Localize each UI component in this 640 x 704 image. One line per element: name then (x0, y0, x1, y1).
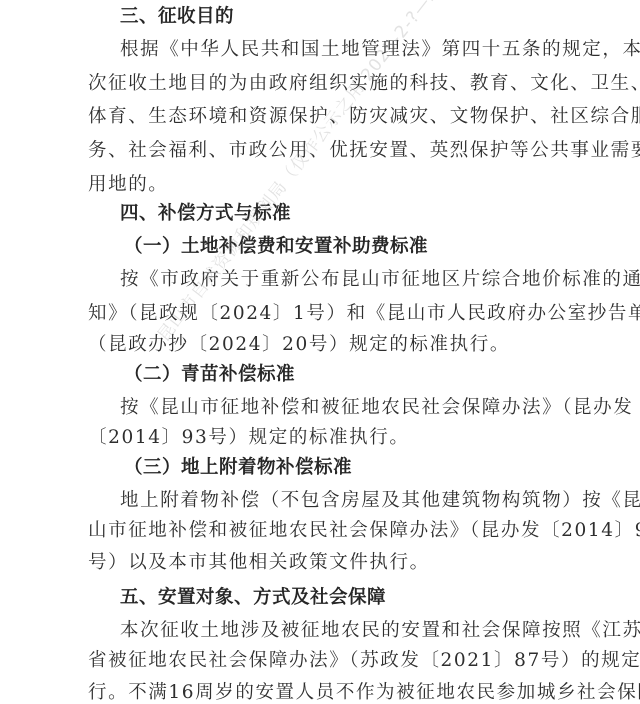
subsection-heading-1: （一）土地补偿费和安置补助费标准 (124, 235, 604, 259)
paragraph-line: 根据《中华人民共和国土地管理法》第四十五条的规定，本 (120, 38, 568, 62)
paragraph-line: 用地的。 (88, 173, 568, 197)
paragraph-line: 地上附着物补偿（不包含房屋及其他建筑物构筑物）按《昆 (120, 489, 568, 513)
paragraph-line: （昆政办抄〔2024〕20号）规定的标准执行。 (88, 333, 568, 357)
paragraph-line: 省被征地农民社会保障办法》（苏政发〔2021〕87号）的规定执 (88, 649, 568, 673)
subsection-heading-3: （三）地上附着物补偿标准 (124, 456, 604, 480)
paragraph-line: 次征收土地目的为由政府组织实施的科技、教育、文化、卫生、 (88, 72, 568, 96)
document-page: 三、征收目的 根据《中华人民共和国土地管理法》第四十五条的规定，本 次征收土地目… (0, 0, 640, 704)
section-heading-5: 五、安置对象、方式及社会保障 (120, 586, 568, 610)
paragraph-line: 本次征收土地涉及被征地农民的安置和社会保障按照《江苏 (120, 619, 568, 643)
subsection-heading-2: （二）青苗补偿标准 (124, 363, 604, 387)
paragraph-line: 号）以及本市其他相关政策文件执行。 (88, 551, 568, 575)
paragraph-line: 务、社会福利、市政公用、优抚安置、英烈保护等公共事业需要 (88, 139, 568, 163)
section-heading-3: 三、征收目的 (120, 5, 568, 29)
paragraph-line: 体育、生态环境和资源保护、防灾减灾、文物保护、社区综合服 (88, 105, 568, 129)
paragraph-line: 行。不满16周岁的安置人员不作为被征地农民参加城乡社会保障， (88, 681, 568, 704)
section-heading-4: 四、补偿方式与标准 (120, 202, 568, 226)
paragraph-line: 按《市政府关于重新公布昆山市征地区片综合地价标准的通 (120, 268, 568, 292)
paragraph-line: 〔2014〕93号）规定的标准执行。 (88, 426, 568, 450)
paragraph-line: 山市征地补偿和被征地农民社会保障办法》（昆办发〔2014〕93 (88, 519, 568, 543)
paragraph-line: 知》（昆政规〔2024〕1号）和《昆山市人民政府办公室抄告单》 (88, 302, 568, 326)
paragraph-line: 按《昆山市征地补偿和被征地农民社会保障办法》（昆办发 (120, 396, 568, 420)
